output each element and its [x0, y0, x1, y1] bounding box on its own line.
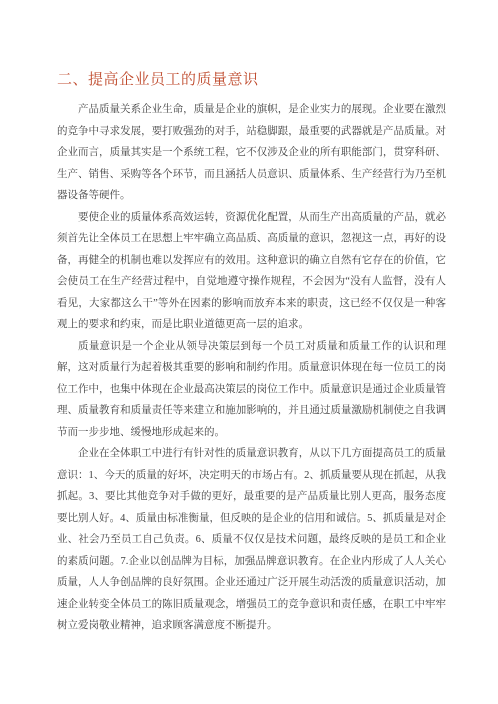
paragraph: 质量意识是一个企业从领导决策层到每一个员工对质量和质量工作的认识和理解，这对质量… [57, 336, 446, 444]
paragraph: 产品质量关系企业生命，质量是企业的旗帜，是企业实力的展现。企业要在激烈的竞争中寻… [57, 99, 446, 207]
paragraph: 要使企业的质量体系高效运转，资源优化配置，从而生产出高质量的产品，就必须首先让全… [57, 207, 446, 336]
paragraph: 企业在全体职工中进行有针对性的质量意识教育，从以下几方面提高员工的质量意识：1、… [57, 443, 446, 637]
section-heading: 二、提高企业员工的质量意识 [57, 71, 446, 90]
document-page: 二、提高企业员工的质量意识 产品质量关系企业生命，质量是企业的旗帜，是企业实力的… [0, 0, 498, 704]
document-content: 二、提高企业员工的质量意识 产品质量关系企业生命，质量是企业的旗帜，是企业实力的… [57, 71, 446, 637]
